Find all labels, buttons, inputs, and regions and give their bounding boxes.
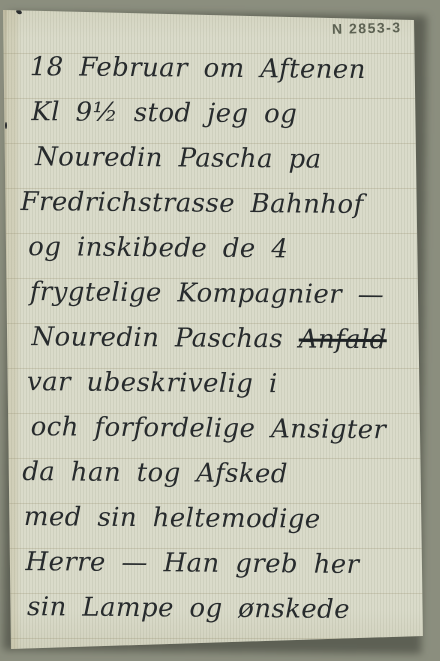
handwritten-line-2: Kl 9½ stod jeg og xyxy=(31,90,415,138)
handwritten-line-8: var ubeskrivelig i xyxy=(27,360,413,408)
archival-number: N 2853-3 xyxy=(332,19,402,37)
handwritten-line-10: da han tog Afsked xyxy=(22,450,412,498)
photo-background: N 2853-3 18 Februar om Aftenen Kl 9½ sto… xyxy=(0,0,440,661)
ink-speck xyxy=(5,122,7,129)
handwritten-line-11: med sin heltemodige xyxy=(24,495,412,543)
handwritten-line-6: frygtelige Kompagnier — xyxy=(30,270,414,318)
handwritten-line-3: Nouredin Pascha pa xyxy=(35,135,415,183)
handwritten-line-13: sin Lampe og ønskede xyxy=(27,585,411,633)
handwritten-line-9: och forfordelige Ansigter xyxy=(30,405,412,453)
handwritten-line-7: Nouredin Paschas Anfald xyxy=(31,315,413,363)
handwritten-line-12: Herre — Han greb her xyxy=(25,540,411,588)
handwritten-line-1: 18 Februar om Aftenen xyxy=(30,45,416,93)
handwritten-line-7-text: Nouredin Paschas xyxy=(31,322,299,354)
ink-speck xyxy=(15,9,22,15)
handwritten-text: 18 Februar om Aftenen Kl 9½ stod jeg og … xyxy=(15,45,416,633)
handwritten-line-4: Fredrichstrasse Bahnhof xyxy=(20,180,414,228)
crossed-out-word: Anfald xyxy=(299,324,387,355)
manuscript-page: N 2853-3 18 Februar om Aftenen Kl 9½ sto… xyxy=(2,9,424,650)
handwritten-line-5: og inskibede de 4 xyxy=(28,225,414,273)
